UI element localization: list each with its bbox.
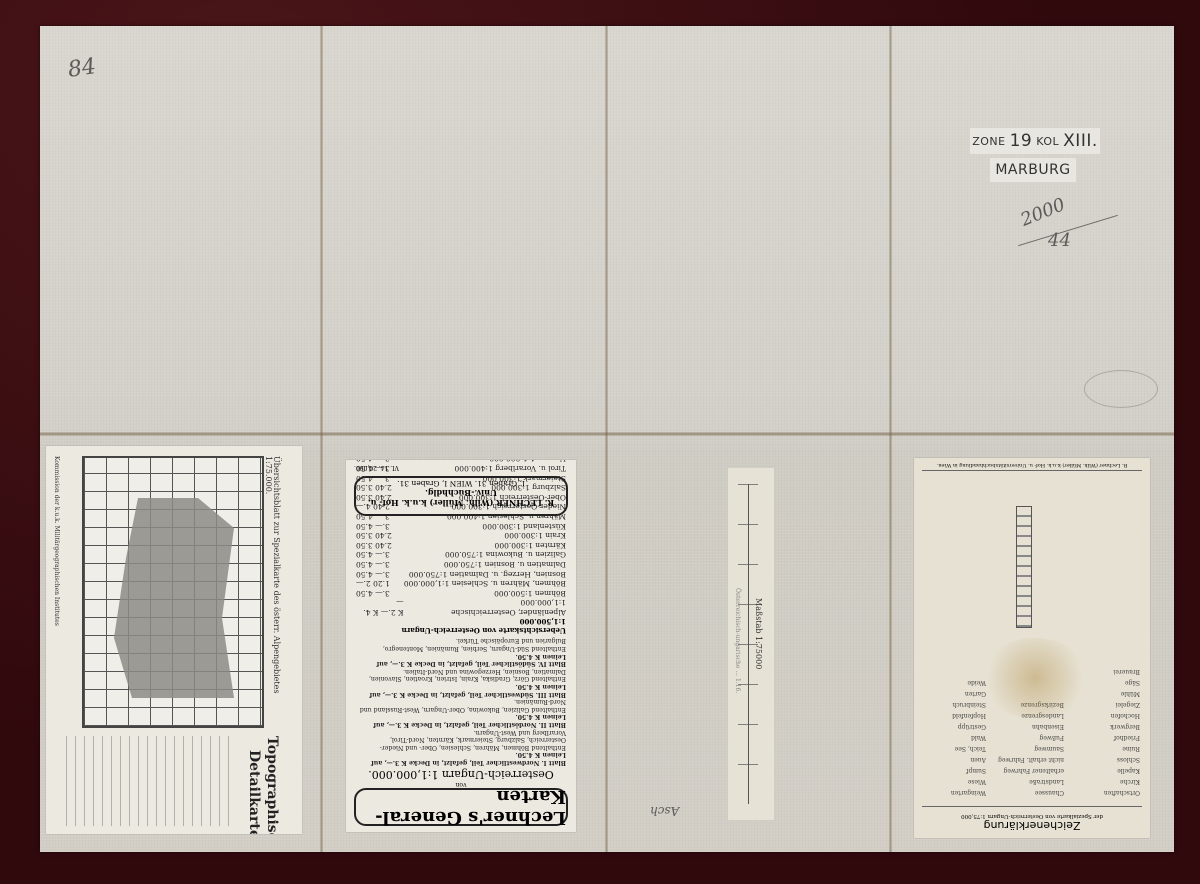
lechner-publisher: R. LECHNER (Wilh. Müller) k.u.k. Hof- u.… [356, 488, 566, 508]
price-row: Böhmen 1:500.0003.— 4.50 [356, 588, 566, 598]
topographic-footer: Kommission der k.u.k. Militärgeographisc… [52, 456, 60, 726]
price-row: Dalmatien u. Bosnien 1:750.0003.— 4.50 [356, 559, 566, 569]
water-stain [980, 638, 1090, 718]
price-row: Küstenland 1:300.0003.— 4.50 [356, 521, 566, 531]
topographic-title: Topographische [264, 736, 280, 834]
scale-title: Maßstab 1:75000 [754, 598, 763, 669]
faint-stamp: Österreichisch-ungarische ... 1.16. [734, 588, 741, 693]
fold-line-vertical [320, 26, 323, 852]
lechner-address: I, Graben 31. WIEN I, Graben 31. [356, 479, 566, 488]
topographic-list-text [66, 736, 236, 826]
topographic-index-card: Übersichtsblatt zur Spezialkarte des öst… [46, 446, 302, 834]
legend-title: Zeichenerklärung [914, 819, 1150, 832]
pencil-note-bottom: Asch [650, 804, 679, 818]
faint-oval-stamp [1084, 370, 1158, 408]
legend-right-column: WeingartenWieseSumpfAuenTeich, SeeWaldGe… [951, 677, 986, 798]
topographic-title-block: Topographische Detailkarten. [66, 736, 286, 826]
fold-line-vertical [605, 26, 608, 852]
legend-left-column: OrtschaftenKircheKapelleSchlossRuineFrie… [1104, 666, 1140, 798]
lechner-brand: Lechner's General-Karten [356, 786, 566, 828]
kol-prefix: KOL [1036, 135, 1059, 148]
index-grid-map [82, 456, 264, 728]
pencil-note-2000: 2000 [1018, 194, 1068, 231]
legend-footer: R. Lechner (Wilh. Müller) k.u.k. Hof- u.… [922, 462, 1142, 471]
lechner-subtitle: Oesterreich-Ungarn 1:1,000.000. [346, 768, 576, 781]
price-row: Krain 1:300.0002.40 3.50 [356, 531, 566, 541]
fold-line-vertical [889, 26, 892, 852]
price-row: Kärnten 1:300.0002.40 3.50 [356, 540, 566, 550]
zone-prefix: ZONE [972, 135, 1005, 148]
legend-card: Zeichenerklärung der Spezialkarte von Oe… [914, 458, 1150, 838]
index-title: Übersichtsblatt zur Spezialkarte des öst… [268, 456, 280, 716]
lechner-publisher-box: R. LECHNER (Wilh. Müller) k.u.k. Hof- u.… [354, 476, 568, 516]
price-row: Böhmen, Mähren u. Schlesien 1:1,000.0001… [356, 579, 566, 589]
legend-column-graphic [1016, 506, 1032, 628]
lechner-advert-card: Lechner's General-Karten von Oesterreich… [346, 460, 576, 832]
lechner-brand-box: Lechner's General-Karten [354, 788, 568, 826]
fold-line-horizontal [40, 432, 1174, 436]
lechner-table-header: Uebersichtskarte von Oesterreich-Ungarn … [346, 617, 576, 635]
map-sheet-back: 84 2000 44 ZONE 19 KOL XIII. MARBURG Übe… [40, 26, 1174, 852]
town-label: MARBURG [990, 158, 1076, 182]
print-code: VI. 14. 20,000. [354, 464, 399, 471]
zone-label: ZONE 19 KOL XIII. [970, 128, 1100, 154]
lechner-parts: Blatt I. Nordwestlicher Teil, gefalzt, i… [346, 635, 576, 768]
price-row: Galizien u. Bukowina 1:750.0003.— 4.50 [356, 550, 566, 560]
price-row: Alpenländer, Oesterreichische 1:1,000.00… [356, 598, 566, 617]
zone-number: 19 [1010, 131, 1033, 151]
legend-subtitle: der Spezialkarte von Oesterreich-Ungarn … [914, 813, 1150, 819]
pencil-note-84: 84 [66, 54, 97, 83]
price-row: Bosnien, Herzeg. u. Dalmatien 1:750.0003… [356, 569, 566, 579]
kol-number: XIII. [1063, 131, 1098, 151]
scale-bar-strip: Maßstab 1:75000 Österreichisch-ungarisch… [728, 468, 774, 820]
